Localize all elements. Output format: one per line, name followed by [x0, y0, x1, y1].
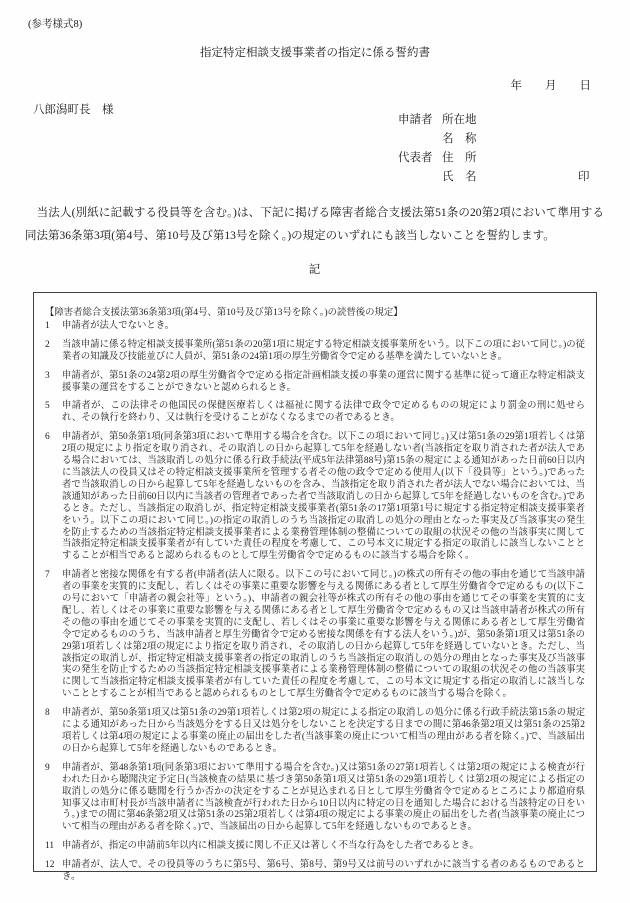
applicant-name-label: 名 称: [442, 130, 477, 149]
applicant-block: 申請者 所在地 名 称 代表者 住 所 氏 名 印: [398, 111, 608, 187]
provision-item-12: 12 申請者が、法人で、その役員等のうちに第5号、第6号、第8号、第9号又は前号…: [45, 860, 585, 884]
item-text: 申請者が、指定の申請前5年以内に相談支援に関し不正又は著しく不当な行為をした者で…: [62, 841, 585, 853]
provision-item-3: 3 申請者が、第51条の24第2項の厚生労働省令で定める指定計画相談支援の事業の…: [45, 371, 585, 395]
item-number: 3: [45, 371, 62, 395]
ki-label: 記: [0, 261, 630, 277]
item-number: 9: [45, 763, 62, 834]
representative-role-label: 代表者: [398, 149, 442, 168]
representative-address-label: 住 所: [442, 149, 477, 168]
item-text: 申請者が、法人で、その役員等のうちに第5号、第6号、第8号、第9号又は前号のいず…: [62, 860, 585, 884]
item-text: 申請者が、第48条第1項(同条第3項において準用する場合を含む。)又は第51条の…: [62, 763, 585, 834]
representative-role-spacer: [398, 168, 442, 187]
provision-item-11: 11 申請者が、指定の申請前5年以内に相談支援に関し不正又は著しく不当な行為をし…: [45, 841, 585, 853]
pledge-statement: 当法人(別紙に記載する役員等を含む。)は、下記に掲げる障害者総合支援法第51条の…: [25, 202, 604, 248]
item-text: 申請者が、この法律その他国民の保健医療若しくは福祉に関する法律で政令で定めるもの…: [62, 401, 585, 425]
applicant-role-spacer: [398, 130, 442, 149]
item-number: 11: [45, 841, 62, 853]
item-number: 5: [45, 401, 62, 425]
form-number: (参考様式8): [28, 16, 82, 31]
provision-item-2: 2 当該申請に係る特定相談支援事業所(第51条の20第1項に規定する特定相談支援…: [45, 340, 585, 364]
applicant-row-address: 申請者 所在地: [398, 111, 608, 130]
applicant-row-name: 名 称: [398, 130, 608, 149]
representative-row-name: 氏 名 印: [398, 168, 608, 187]
pledge-document-page: (参考様式8) 指定特定相談支援事業者の指定に係る誓約書 年 月 日 八郎潟町長…: [0, 0, 630, 903]
representative-row-address: 代表者 住 所: [398, 149, 608, 168]
item-number: 12: [45, 860, 62, 884]
item-text: 当該申請に係る特定相談支援事業所(第51条の20第1項に規定する特定相談支援事業…: [62, 340, 585, 364]
item-number: 8: [45, 708, 62, 756]
provision-item-5: 5 申請者が、この法律その他国民の保健医療若しくは福祉に関する法律で政令で定める…: [45, 401, 585, 425]
provision-item-9: 9 申請者が、第48条第1項(同条第3項において準用する場合を含む。)又は第51…: [45, 763, 585, 834]
item-text: 申請者と密接な関係を有する者(申請者(法人に限る。以下この号において同じ。)の株…: [62, 570, 585, 701]
provision-item-1: 1 申請者が法人でないとき。: [45, 321, 585, 333]
item-text: 申請者が、第51条の24第2項の厚生労働省令で定める指定計画相談支援の事業の運営…: [62, 371, 585, 395]
item-text: 申請者が、第50条第1項(同条第3項において準用する場合を含む。以下この項におい…: [62, 432, 585, 563]
applicant-address-label: 所在地: [442, 111, 477, 130]
provision-item-7: 7 申請者と密接な関係を有する者(申請者(法人に限る。以下この号において同じ。)…: [45, 570, 585, 701]
item-number: 2: [45, 340, 62, 364]
provision-item-8: 8 申請者が、第50条第1項又は第51条の29第1項若しくは第2項の規定による指…: [45, 708, 585, 756]
provisions-heading: 【障害者総合支援法第36条第3項(第4号、第10号及び第13号を除く。)の読替後…: [45, 308, 585, 320]
item-number: 6: [45, 432, 62, 563]
date-line: 年 月 日: [511, 77, 592, 93]
seal-placeholder: 印: [578, 168, 590, 187]
provisions-box: 【障害者総合支援法第36条第3項(第4号、第10号及び第13号を除く。)の読替後…: [33, 292, 597, 872]
provision-item-6: 6 申請者が、第50条第1項(同条第3項において準用する場合を含む。以下この項に…: [45, 432, 585, 563]
representative-name-label: 氏 名: [442, 168, 477, 187]
item-number: 7: [45, 570, 62, 701]
document-title: 指定特定相談支援事業者の指定に係る誓約書: [0, 44, 630, 60]
item-number: 1: [45, 321, 62, 333]
applicant-role-label: 申請者: [398, 111, 442, 130]
item-text: 申請者が、第50条第1項又は第51条の29第1項若しくは第2項の規定による指定の…: [62, 708, 585, 756]
item-text: 申請者が法人でないとき。: [62, 321, 585, 333]
addressee: 八郎潟町長 様: [33, 101, 114, 117]
